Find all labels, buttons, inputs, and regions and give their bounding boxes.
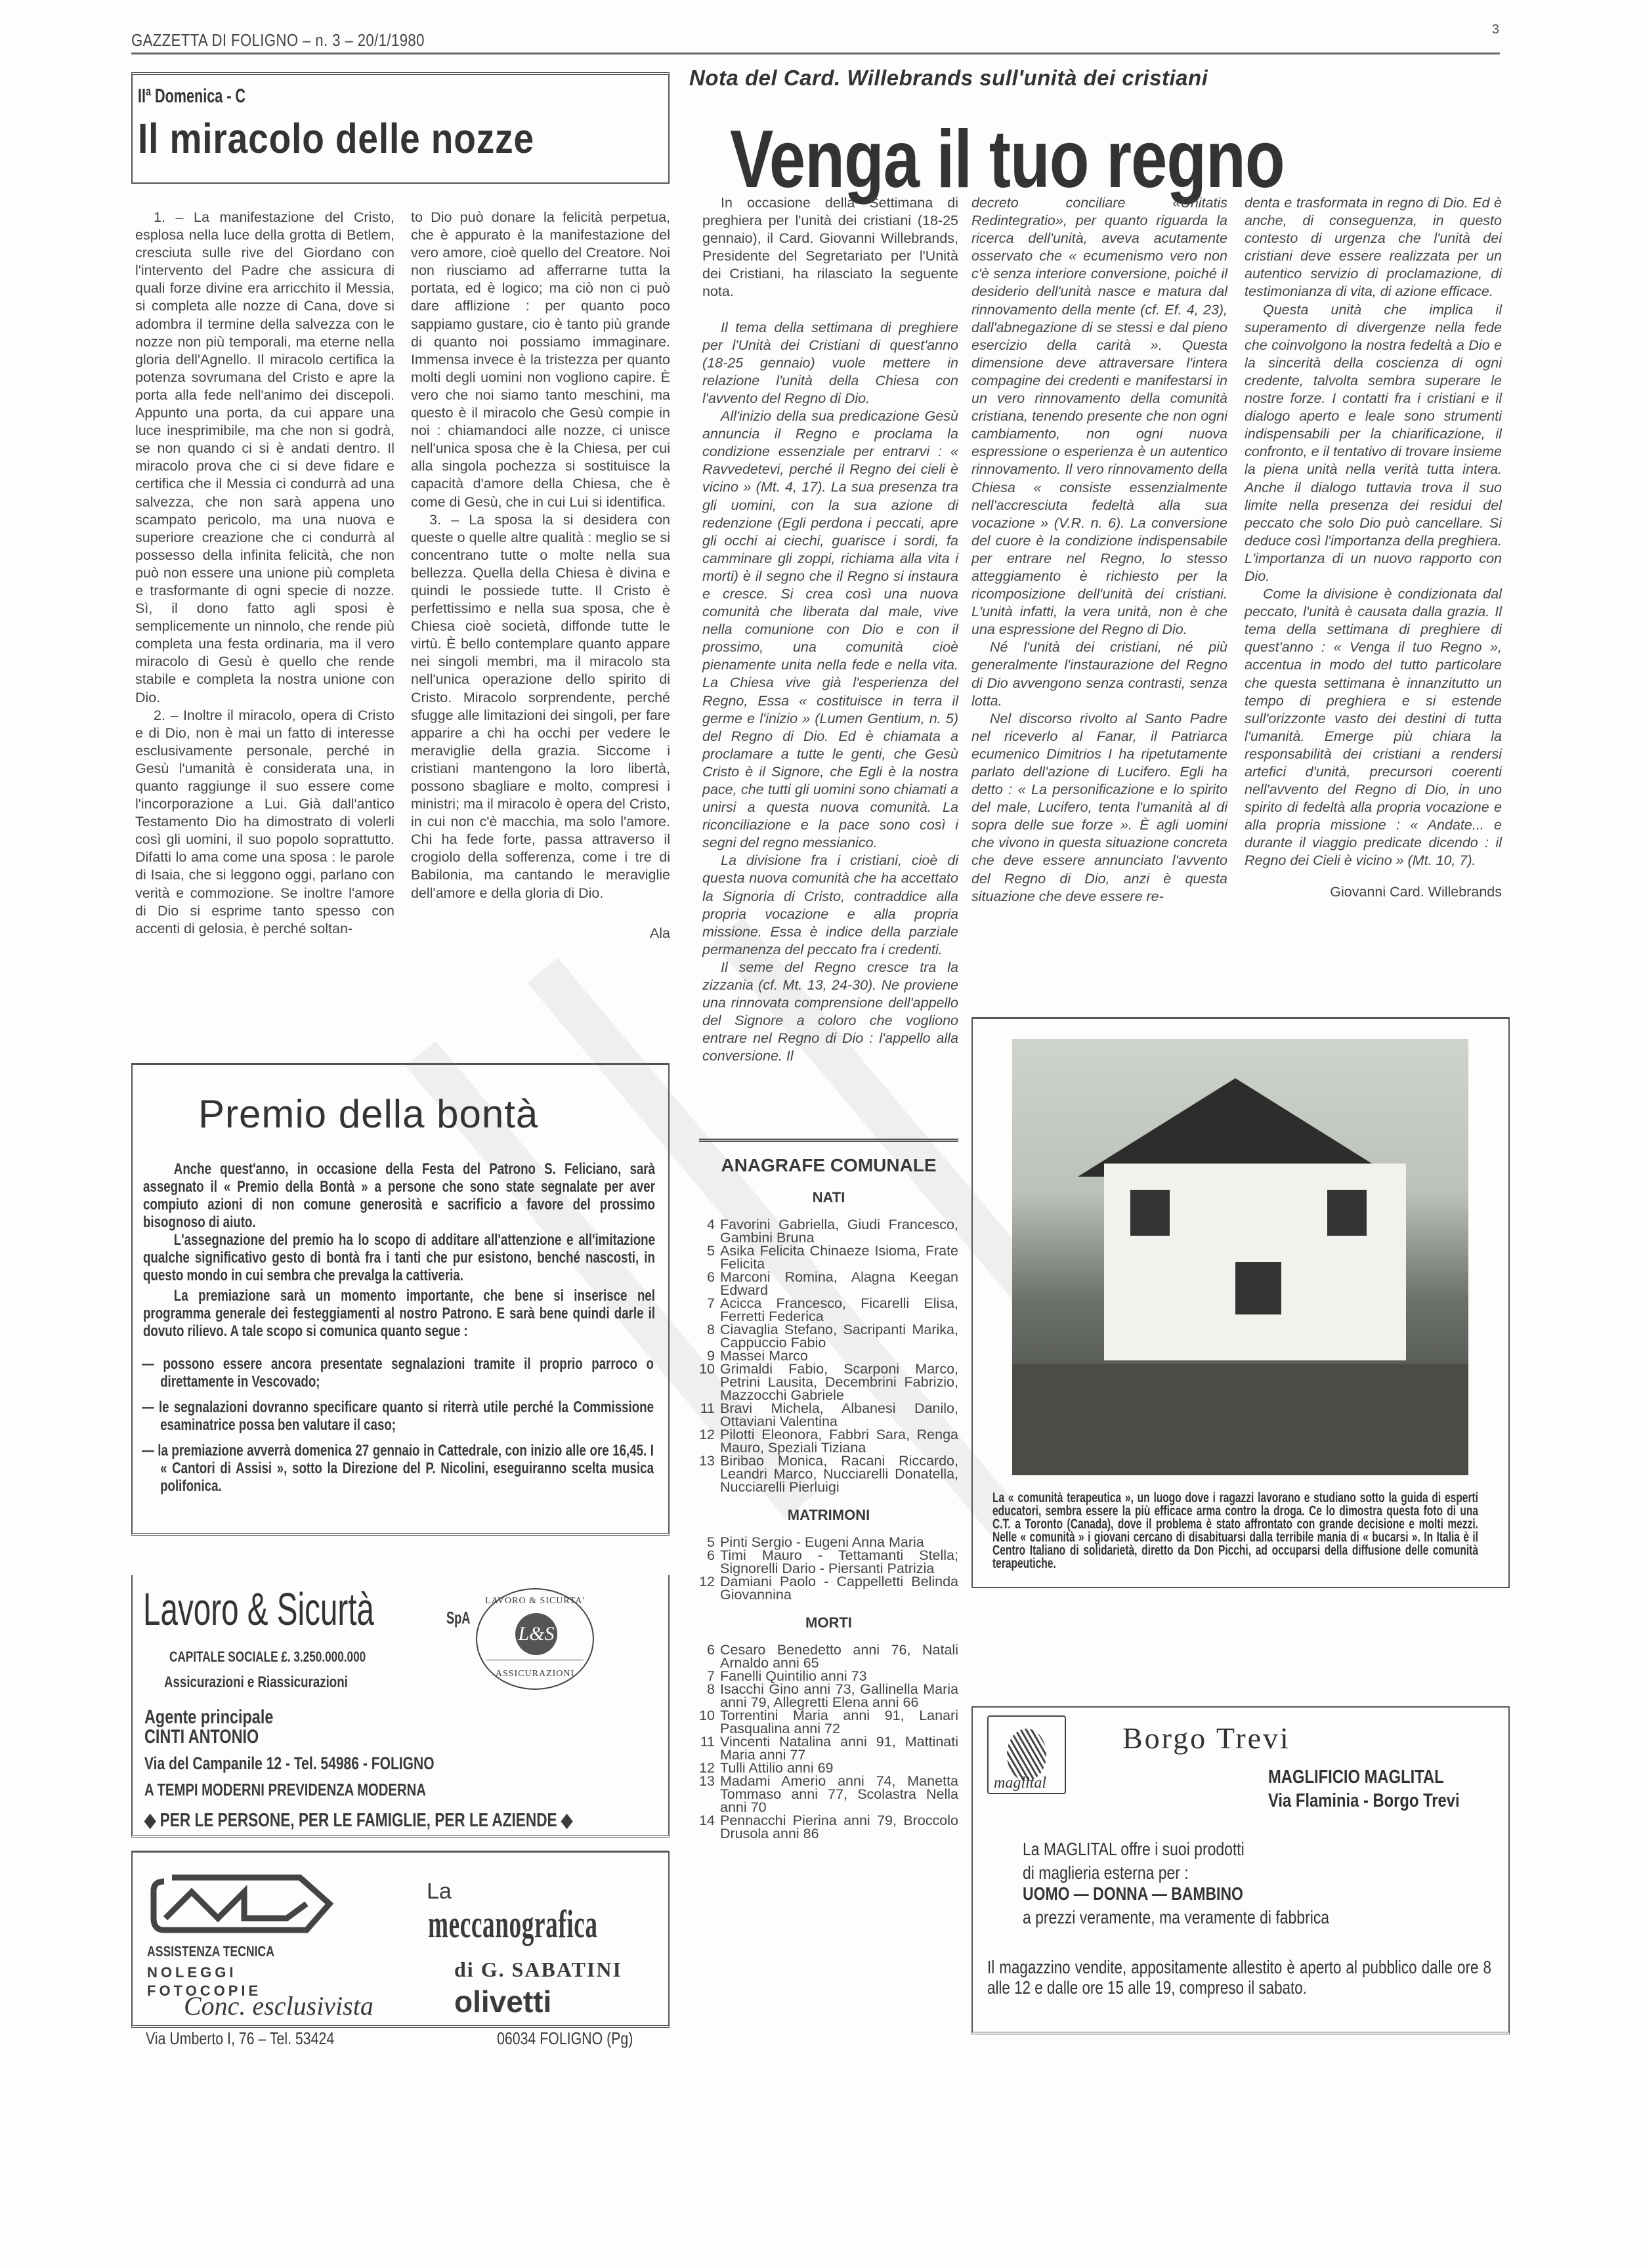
borgo-title: Borgo Trevi — [1122, 1721, 1290, 1755]
nozze-paragraph: to Dio può donare la felicità perpetua, … — [411, 209, 670, 511]
willebrands-column-1: In occasione della Settimana di preghier… — [702, 194, 958, 1066]
meccanografica-m-logo-icon — [146, 1872, 336, 1935]
lavoro-name: Lavoro & Sicurtà — [143, 1583, 374, 1635]
entry-names: Massei Marco — [720, 1349, 958, 1362]
lavoro-tagline: ◆ PER LE PERSONE, PER LE FAMIGLIE, PER L… — [144, 1809, 572, 1832]
entry-names: Pilotti Eleonora, Fabbri Sara, Renga Mau… — [720, 1428, 958, 1454]
entry-names: Acicca Francesco, Ficarelli Elisa, Ferre… — [720, 1297, 958, 1323]
entry-day: 6 — [699, 1643, 720, 1669]
entry-day: 9 — [699, 1349, 720, 1362]
lavoro-suffix: SpA — [446, 1608, 470, 1628]
entry-day: 14 — [699, 1814, 720, 1840]
masthead-folio: GAZZETTA DI FOLIGNO – n. 3 – 20/1/1980 — [131, 30, 425, 51]
willebrands-paragraph: La divisione fra i cristiani, cioè di qu… — [702, 852, 958, 959]
anagrafe-entry: 10Grimaldi Fabio, Scarponi Marco, Petrin… — [699, 1362, 958, 1402]
nozze-paragraph: 2. – Inoltre il miracolo, opera di Crist… — [135, 707, 394, 938]
willebrands-title: Venga il tuo regno — [730, 112, 1285, 206]
lavoro-sicurta-ad: Lavoro & Sicurtà SpA CAPITALE SOCIALE £.… — [131, 1575, 670, 1837]
borgo-address: Via Flaminia - Borgo Trevi — [1268, 1790, 1460, 1812]
anagrafe-title: ANAGRAFE COMUNALE — [699, 1155, 958, 1176]
entry-names: Asika Felicita Chinaeze Isioma, Frate Fe… — [720, 1244, 958, 1270]
borgo-line-3: UOMO — DONNA — BAMBINO — [1023, 1883, 1243, 1904]
photo-house — [1104, 1164, 1406, 1360]
community-house-photo — [1012, 1039, 1468, 1475]
anagrafe-entry: 10Torrentini Maria anni 91, Lanari Pasqu… — [699, 1709, 958, 1735]
lavoro-slogan: A TEMPI MODERNI PREVIDENZA MODERNA — [144, 1780, 426, 1800]
entry-day: 11 — [699, 1735, 720, 1761]
nozze-title: Il miracolo delle nozze — [138, 114, 534, 163]
borgo-line-2: di maglieria esterna per : — [1023, 1862, 1189, 1883]
anagrafe-entry: 13Madami Amerio anni 74, Manetta Tommaso… — [699, 1774, 958, 1814]
borgo-line-1: La MAGLITAL offre i suoi prodotti — [1023, 1839, 1245, 1860]
entry-day: 7 — [699, 1297, 720, 1323]
entry-day: 8 — [699, 1323, 720, 1349]
entry-names: Bravi Michela, Albanesi Danilo, Ottavian… — [720, 1402, 958, 1428]
entry-day: 13 — [699, 1774, 720, 1814]
mecc-address: Via Umberto I, 76 – Tel. 53424 — [146, 2028, 334, 2049]
willebrands-paragraph: Il tema della settimana di preghiere per… — [702, 319, 958, 408]
maglital-logo: maglital — [987, 1715, 1066, 1794]
lavoro-capitale: CAPITALE SOCIALE £. 3.250.000.000 — [169, 1648, 366, 1666]
photo-caption: La « comunità terapeutica », un luogo do… — [992, 1492, 1478, 1570]
anagrafe-entry: 6Cesaro Benedetto anni 76, Natali Arnald… — [699, 1643, 958, 1669]
willebrands-intro: In occasione della Settimana di preghier… — [702, 194, 958, 301]
entry-day: 7 — [699, 1669, 720, 1683]
logo-divider — [486, 1660, 584, 1660]
premio-bullet: — possono essere ancora presentate segna… — [142, 1355, 654, 1391]
anagrafe-entry: 9Massei Marco — [699, 1349, 958, 1362]
entry-day: 12 — [699, 1428, 720, 1454]
maglital-logo-word: maglital — [994, 1774, 1046, 1792]
meccanografica-la: La — [427, 1879, 452, 1904]
premio-bullet-list: — possono essere ancora presentate segna… — [142, 1355, 654, 1503]
entry-day: 11 — [699, 1402, 720, 1428]
photo-box: La « comunità terapeutica », un luogo do… — [971, 1017, 1510, 1588]
entry-day: 4 — [699, 1218, 720, 1244]
entry-names: Marconi Romina, Alagna Keegan Edward — [720, 1270, 958, 1297]
mecc-city: 06034 FOLIGNO (Pg) — [497, 2028, 633, 2049]
nozze-headline-box: IIª Domenica - C Il miracolo delle nozze — [131, 72, 670, 184]
anagrafe-entry: 14Pennacchi Pierina anni 79, Broccolo Dr… — [699, 1814, 958, 1840]
nati-list: 4Favorini Gabriella, Giudi Francesco, Ga… — [699, 1218, 958, 1494]
meccanografica-ad: La meccanografica ASSISTENZA TECNICA NOL… — [131, 1851, 670, 2028]
entry-day: 6 — [699, 1549, 720, 1575]
lavoro-ramo: Assicurazioni e Riassicurazioni — [164, 1673, 348, 1692]
meccanografica-name: meccanografica — [428, 1902, 598, 1947]
anagrafe-entry: 12Pilotti Eleonora, Fabbri Sara, Renga M… — [699, 1428, 958, 1454]
entry-day: 12 — [699, 1761, 720, 1774]
willebrands-signature: Giovanni Card. Willebrands — [1245, 883, 1502, 901]
entry-day: 10 — [699, 1362, 720, 1402]
morti-list: 6Cesaro Benedetto anni 76, Natali Arnald… — [699, 1643, 958, 1840]
nozze-paragraph: 3. – La sposa la si desidera con queste … — [411, 511, 670, 902]
mecc-conc: Conc. esclusivista — [184, 1990, 373, 2021]
anagrafe-section: ANAGRAFE COMUNALE NATI 4Favorini Gabriel… — [699, 1155, 958, 1840]
lavoro-sicurta-logo: LAVORO & SICURTA' L&S ASSICURAZIONI — [476, 1588, 594, 1690]
borgo-trevi-ad: maglital Borgo Trevi MAGLIFICIO MAGLITAL… — [971, 1706, 1510, 2034]
lavoro-address: Via del Campanile 12 - Tel. 54986 - FOLI… — [144, 1753, 435, 1774]
olivetti-brand: olivetti — [454, 1984, 551, 2019]
borgo-company: MAGLIFICIO MAGLITAL — [1268, 1767, 1444, 1788]
entry-day: 5 — [699, 1536, 720, 1549]
nozze-paragraph: 1. – La manifestazione del Cristo, esplo… — [135, 209, 394, 707]
entry-names: Isacchi Gino anni 73, Gallinella Maria a… — [720, 1683, 958, 1709]
entry-names: Tulli Attilio anni 69 — [720, 1761, 958, 1774]
anagrafe-entry: 8Isacchi Gino anni 73, Gallinella Maria … — [699, 1683, 958, 1709]
anagrafe-entry: 11Bravi Michela, Albanesi Danilo, Ottavi… — [699, 1402, 958, 1428]
entry-names: Damiani Paolo - Cappelletti Belinda Giov… — [720, 1575, 958, 1601]
entry-names: Torrentini Maria anni 91, Lanari Pasqual… — [720, 1709, 958, 1735]
willebrands-paragraph: denta e trasformata in regno di Dio. Ed … — [1245, 194, 1502, 301]
entry-day: 8 — [699, 1683, 720, 1709]
lavoro-agente-label: Agente principale — [144, 1706, 273, 1729]
anagrafe-entry: 7Acicca Francesco, Ficarelli Elisa, Ferr… — [699, 1297, 958, 1323]
willebrands-paragraph: Il seme del Regno cresce tra la zizzania… — [702, 959, 958, 1066]
entry-day: 10 — [699, 1709, 720, 1735]
premio-title: Premio della bontà — [198, 1091, 538, 1137]
mecc-service: NOLEGGI — [147, 1964, 236, 1981]
anagrafe-rule — [699, 1139, 958, 1142]
anagrafe-entry: 4Favorini Gabriella, Giudi Francesco, Ga… — [699, 1218, 958, 1244]
mecc-owner: di G. SABATINI — [454, 1958, 622, 1982]
anagrafe-entry: 12Damiani Paolo - Cappelletti Belinda Gi… — [699, 1575, 958, 1601]
anagrafe-entry: 7Fanelli Quintilio anni 73 — [699, 1669, 958, 1683]
willebrands-paragraph: decreto conciliare «Unitatis Redintegrat… — [971, 194, 1227, 639]
willebrands-paragraph: Questa unità che implica il superamento … — [1245, 301, 1502, 586]
entry-names: Pinti Sergio - Eugeni Anna Maria — [720, 1536, 958, 1549]
entry-day: 12 — [699, 1575, 720, 1601]
nozze-column-1: 1. – La manifestazione del Cristo, esplo… — [135, 209, 394, 938]
anagrafe-entry: 6Marconi Romina, Alagna Keegan Edward — [699, 1270, 958, 1297]
entry-names: Favorini Gabriella, Giudi Francesco, Gam… — [720, 1218, 958, 1244]
entry-names: Fanelli Quintilio anni 73 — [720, 1669, 958, 1683]
anagrafe-heading-morti: MORTI — [699, 1614, 958, 1631]
logo-top-text: LAVORO & SICURTA' — [477, 1596, 593, 1606]
premio-paragraph: L'assegnazione del premio ha lo scopo di… — [143, 1231, 655, 1284]
logo-monogram: L&S — [515, 1613, 557, 1655]
anagrafe-entry: 5Asika Felicita Chinaeze Isioma, Frate F… — [699, 1244, 958, 1270]
willebrands-column-3: denta e trasformata in regno di Dio. Ed … — [1245, 194, 1502, 901]
willebrands-kicker: Nota del Card. Willebrands sull'unità de… — [689, 66, 1208, 91]
entry-names: Grimaldi Fabio, Scarponi Marco, Petrini … — [720, 1362, 958, 1402]
entry-names: Vincenti Natalina anni 91, Mattinati Mar… — [720, 1735, 958, 1761]
anagrafe-entry: 5Pinti Sergio - Eugeni Anna Maria — [699, 1536, 958, 1549]
anagrafe-entry: 12Tulli Attilio anni 69 — [699, 1761, 958, 1774]
premio-box: Premio della bontà Anche quest'anno, in … — [131, 1063, 670, 1299]
willebrands-column-2: decreto conciliare «Unitatis Redintegrat… — [971, 194, 1227, 906]
anagrafe-entry: 6Timi Mauro - Tettamanti Stella; Signore… — [699, 1549, 958, 1575]
anagrafe-heading-nati: NATI — [699, 1189, 958, 1206]
entry-names: Ciavaglia Stefano, Sacripanti Marika, Ca… — [720, 1323, 958, 1349]
page-number: 3 — [1492, 22, 1499, 37]
borgo-hours: Il magazzino vendite, appositamente alle… — [987, 1957, 1491, 1998]
mecc-service: ASSISTENZA TECNICA — [147, 1943, 274, 1960]
photo-grass — [1012, 1364, 1468, 1475]
entry-day: 6 — [699, 1270, 720, 1297]
entry-names: Biribao Monica, Racani Riccardo, Leandri… — [720, 1454, 958, 1494]
anagrafe-entry: 8Ciavaglia Stefano, Sacripanti Marika, C… — [699, 1323, 958, 1349]
borgo-line-4: a prezzi veramente, ma veramente di fabb… — [1023, 1907, 1329, 1928]
willebrands-paragraph: Nel discorso rivolto al Santo Padre nel … — [971, 710, 1227, 906]
willebrands-paragraph: All'inizio della sua predicazione Gesù a… — [702, 408, 958, 852]
entry-day: 13 — [699, 1454, 720, 1494]
nozze-column-2: to Dio può donare la felicità perpetua, … — [411, 209, 670, 942]
premio-bullets-box: — possono essere ancora presentate segna… — [131, 1299, 670, 1536]
header-rule — [131, 52, 1500, 55]
willebrands-paragraph: Come la divisione è condizionata dal pec… — [1245, 585, 1502, 870]
entry-names: Pennacchi Pierina anni 79, Broccolo Drus… — [720, 1814, 958, 1840]
willebrands-paragraph: Né l'unità dei cristiani, né più general… — [971, 639, 1227, 709]
anagrafe-entry: 11Vincenti Natalina anni 91, Mattinati M… — [699, 1735, 958, 1761]
yarn-ball-icon — [1007, 1729, 1046, 1781]
anagrafe-entry: 13Biribao Monica, Racani Riccardo, Leand… — [699, 1454, 958, 1494]
entry-names: Cesaro Benedetto anni 76, Natali Arnaldo… — [720, 1643, 958, 1669]
logo-bottom-text: ASSICURAZIONI — [477, 1669, 593, 1679]
lavoro-agente-name: CINTI ANTONIO — [144, 1726, 259, 1748]
premio-paragraph: Anche quest'anno, in occasione della Fes… — [143, 1160, 655, 1231]
premio-bullet: — le segnalazioni dovranno specificare q… — [142, 1398, 654, 1434]
anagrafe-heading-matrimoni: MATRIMONI — [699, 1507, 958, 1524]
nozze-signature: Ala — [411, 925, 670, 942]
entry-names: Timi Mauro - Tettamanti Stella; Signorel… — [720, 1549, 958, 1575]
matrimoni-list: 5Pinti Sergio - Eugeni Anna Maria6Timi M… — [699, 1536, 958, 1601]
premio-bullet: — la premiazione avverrà domenica 27 gen… — [142, 1442, 654, 1495]
entry-day: 5 — [699, 1244, 720, 1270]
nozze-kicker: IIª Domenica - C — [138, 85, 245, 108]
photo-roof — [1078, 1078, 1393, 1177]
entry-names: Madami Amerio anni 74, Manetta Tommaso a… — [720, 1774, 958, 1814]
